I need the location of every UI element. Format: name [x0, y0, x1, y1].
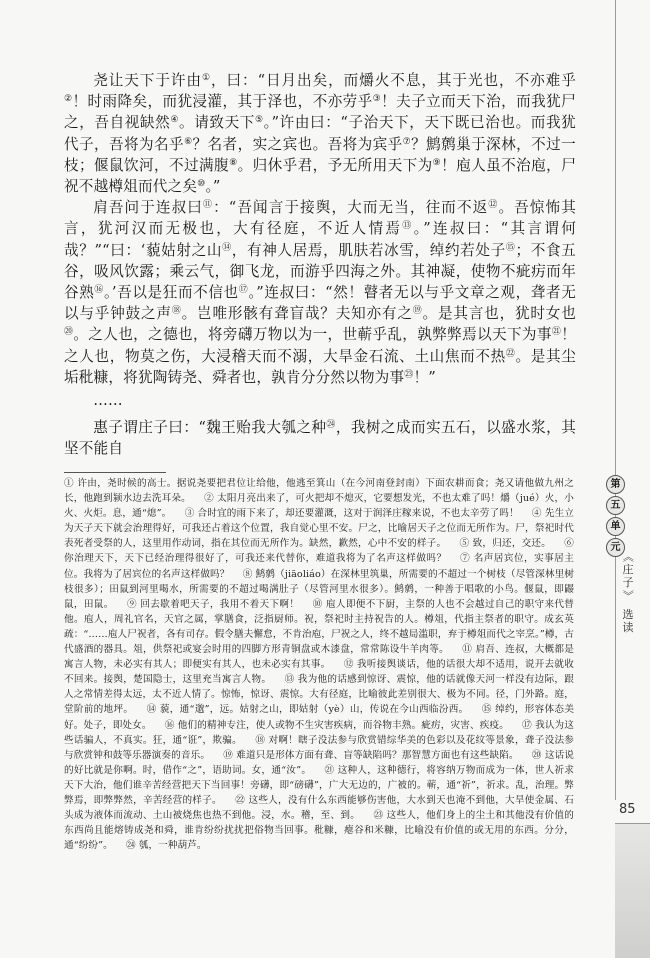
chapter-title: 《 庄 子 》 选 读: [620, 550, 636, 634]
footnote-marker: ⑮: [506, 243, 516, 253]
thumb-tab: [615, 824, 650, 958]
footnote: ③ 合时宜的雨下来了，却还要灌溉，这对于润泽庄稼来说，不也太辛劳了吗！: [185, 508, 519, 519]
footnote-marker: ③: [373, 94, 381, 104]
subtitle-char: 读: [620, 621, 636, 634]
footnote-marker: ②: [64, 94, 72, 104]
title-char: 庄: [620, 563, 636, 576]
footnote-marker: ⑬: [402, 221, 413, 231]
footnote-marker: ⑦: [403, 137, 411, 147]
footnote-marker: ⑩: [197, 179, 205, 189]
footnote: ⑤ 致，归还，交还。: [460, 538, 551, 549]
footnote: ⑭ 藐，通“邈”，远。姑射之山，即姑射（yè）山，传说在今山西临汾西。: [147, 704, 469, 715]
footnote-marker: ⑤: [255, 115, 264, 125]
footnote: ㉔ 瓠，一种葫芦。: [126, 840, 207, 851]
footnote-marker: ⑯: [94, 285, 104, 295]
footnote-marker: ㉒: [506, 349, 516, 359]
subtitle-char: 选: [620, 608, 636, 621]
paragraph-yao: 尧让天下于许由①，曰：“日月出矣，而爝火不息，其于光也，不亦难乎②！时雨降矣，而…: [64, 70, 576, 197]
footnote-marker: ⑥: [184, 137, 192, 147]
footnote: ⑯ 他们的精神专注，使人或物不生灾害疾病，而谷物丰熟。疵疠，灾害、疾疫。: [165, 720, 509, 731]
page-number: 85: [619, 802, 636, 817]
footnote-marker: ㉔: [326, 420, 335, 430]
footnote-marker: ⑧: [229, 158, 237, 168]
footnote-marker: ⑫: [488, 200, 498, 210]
footnote-marker: ④: [170, 115, 179, 125]
paragraph-huizi: 惠子谓庄子曰：“魏王贻我大瓠之种㉔，我树之成而实五石，以盛水浆，其坚不能自: [64, 417, 576, 459]
unit-char: 单: [606, 517, 625, 536]
margin-line: [615, 0, 616, 800]
footnote-marker: ⑭: [222, 243, 232, 253]
footnote-marker: ⑱: [172, 306, 182, 316]
footnote: ⑲ 难道只是形体方面有聋、盲等缺陷吗？那智慧方面也有这些缺陷。: [223, 750, 518, 761]
footnote-rule: [64, 472, 166, 473]
footnotes: ① 许由，尧时候的高士。据说尧要把君位让给他，他逃至箕山（在今河南登封南）下面农…: [64, 476, 574, 853]
unit-label: 第 五 单 元: [606, 475, 626, 557]
footnote-marker: ㉑: [552, 327, 561, 337]
footnote-marker: ⑨: [433, 158, 441, 168]
footnote-marker: ⑪: [203, 200, 213, 210]
footnote-marker: ⑳: [64, 327, 73, 337]
footnote-marker: ⑰: [239, 285, 249, 295]
unit-char: 第: [606, 475, 625, 494]
footnote-marker: ㉓: [404, 370, 413, 380]
paragraph-jianwu: 肩吾问于连叔曰⑪：“吾闻言于接舆，大而无当，往而不返⑫。吾惊怖其言，犹河汉而无极…: [64, 197, 576, 388]
unit-char: 五: [606, 496, 625, 515]
title-char: 》: [622, 588, 635, 604]
footnote-marker: ⑲: [413, 306, 423, 316]
footnote: ⑨ 回去歇着吧天子，我用不着天下啊！: [127, 599, 299, 610]
footnote-marker: ①: [202, 73, 211, 83]
title-char: 《: [622, 549, 635, 565]
main-text: 尧让天下于许由①，曰：“日月出矣，而爝火不息，其于光也，不亦难乎②！时雨降矣，而…: [64, 70, 576, 460]
ellipsis: ……: [64, 390, 576, 411]
